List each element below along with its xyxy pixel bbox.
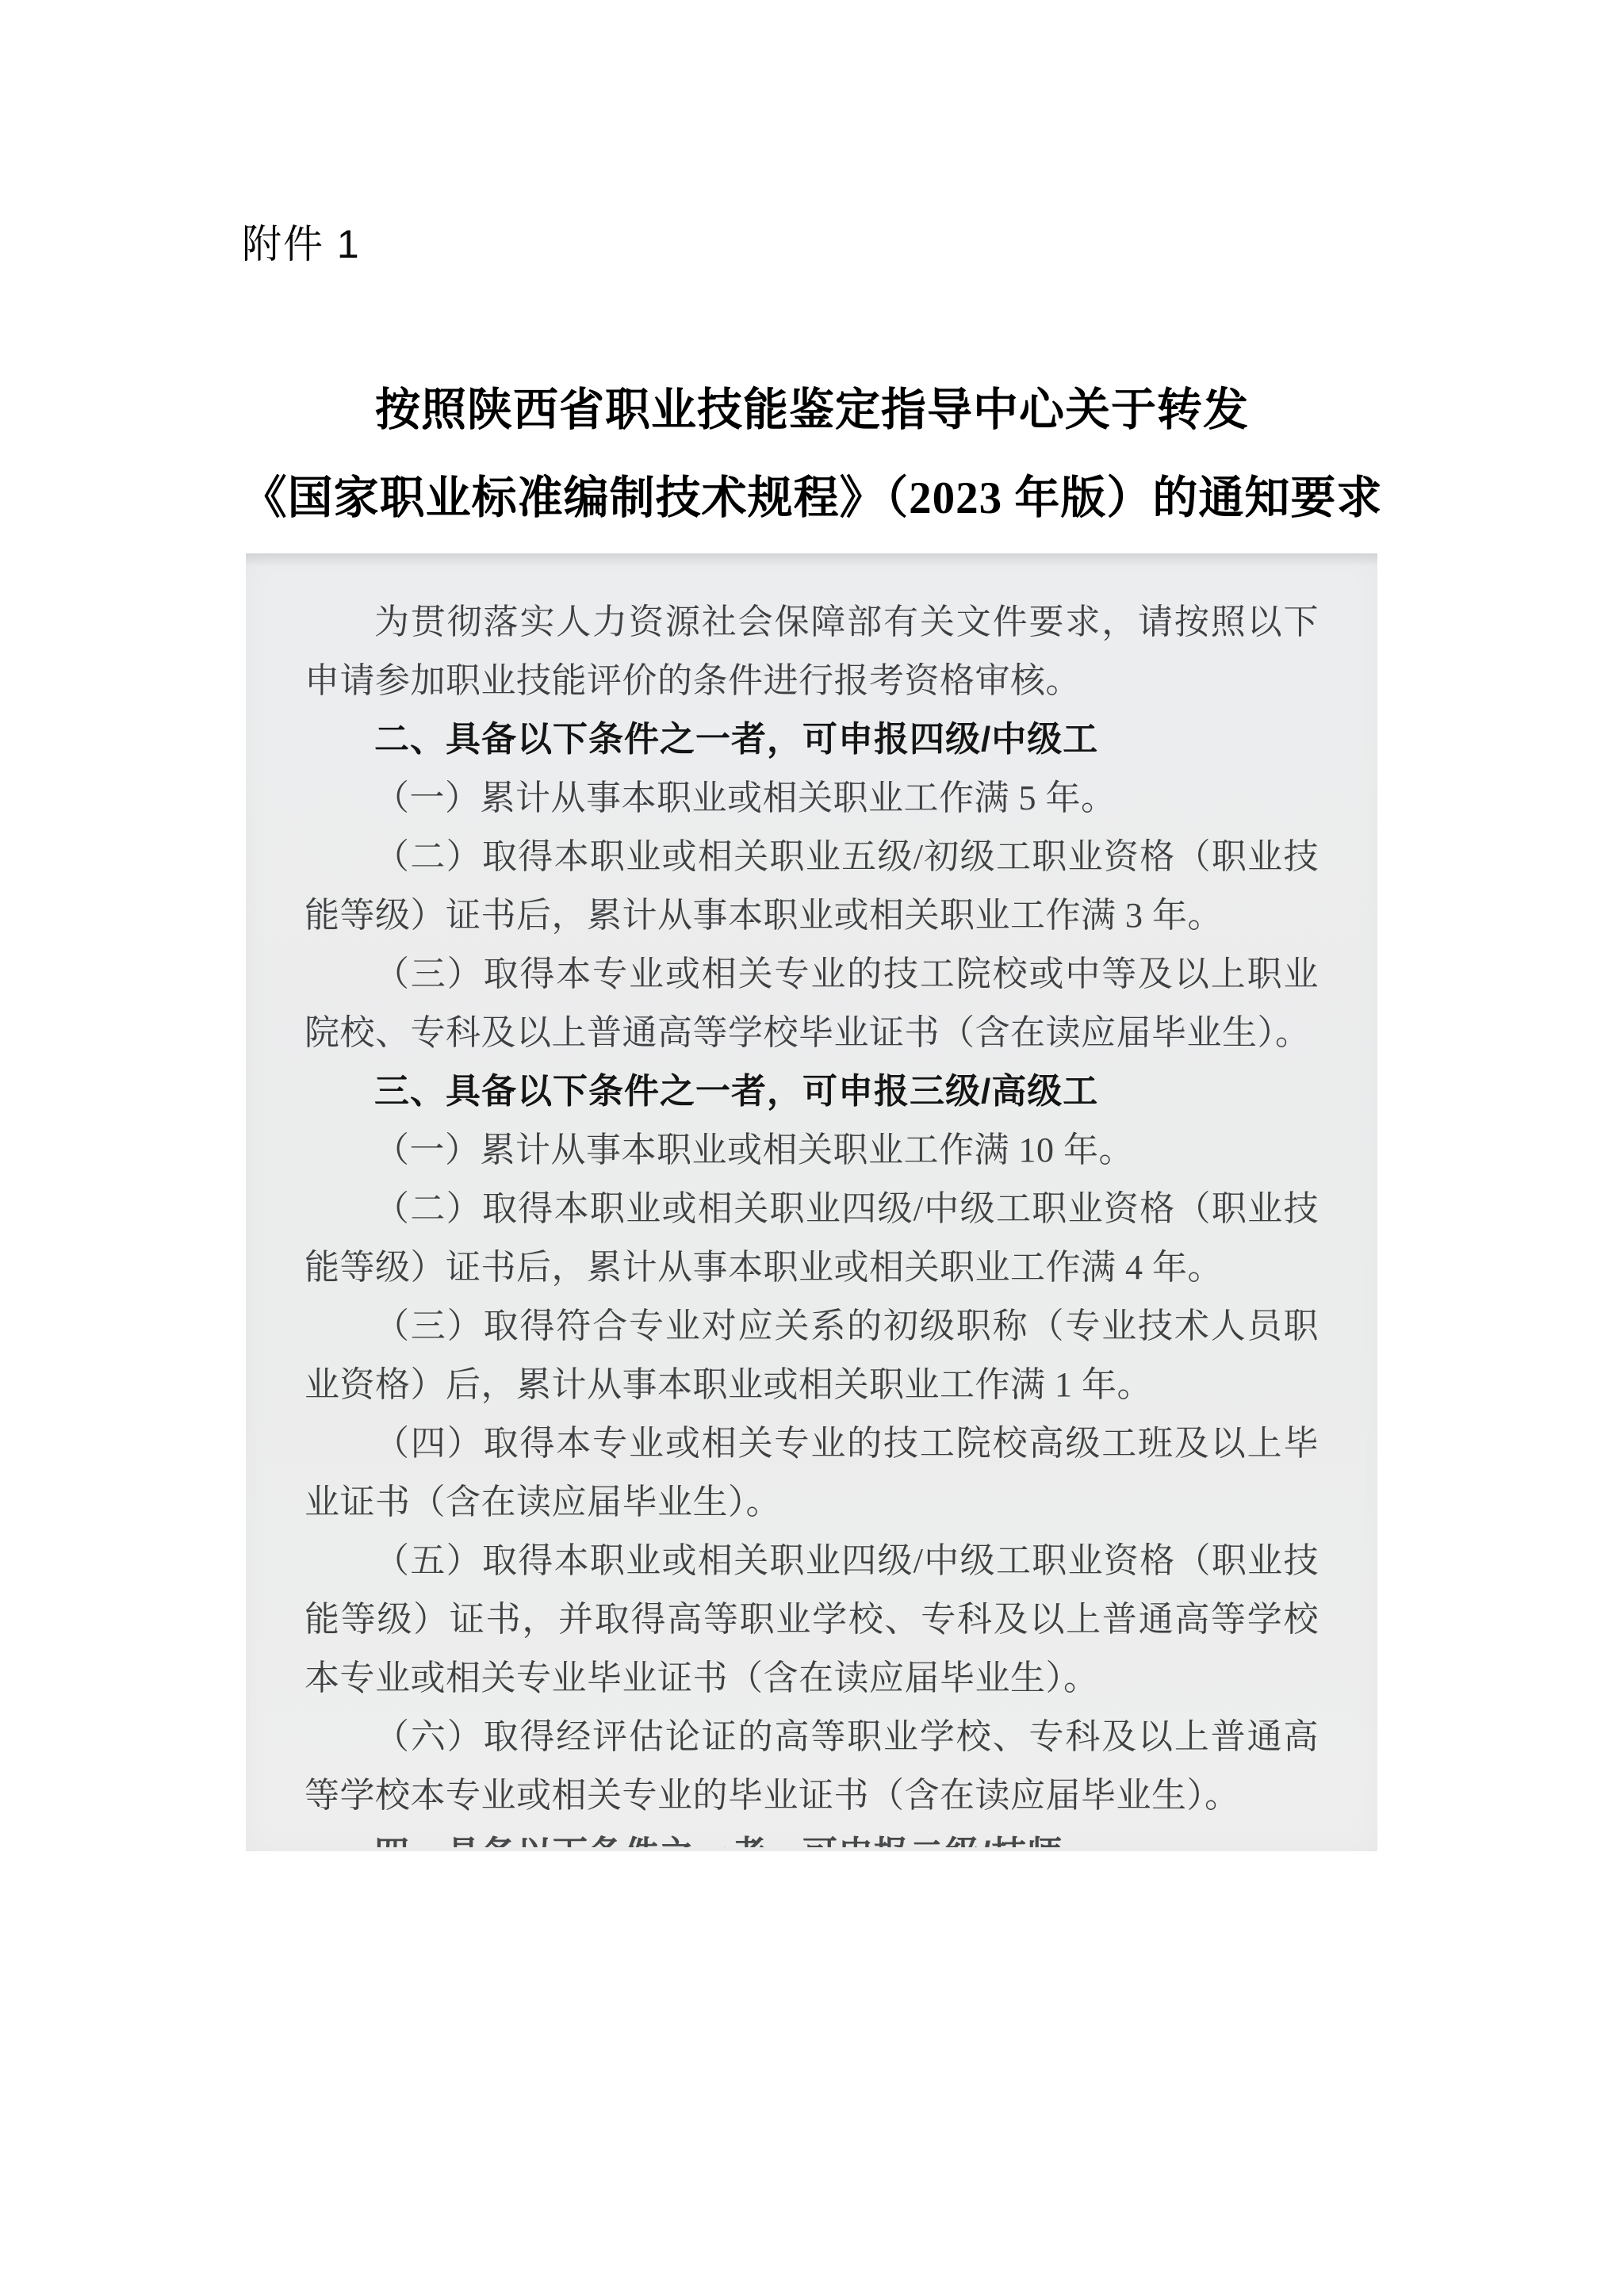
scan-paragraph: （四）取得本专业或相关专业的技工院校高级工班及以上毕业证书（含在读应届毕业生）。 — [304, 1414, 1319, 1532]
scan-paragraph: （一）累计从事本职业或相关职业工作满 10 年。 — [304, 1121, 1319, 1180]
doc-title: 按照陕西省职业技能鉴定指导中心关于转发 《国家职业标准编制技术规程》（2023 … — [0, 366, 1624, 542]
scan-paragraph: （三）取得本专业或相关专业的技工院校或中等及以上职业院校、专科及以上普通高等学校… — [304, 945, 1319, 1062]
scan-paragraph: 为贯彻落实人力资源社会保障部有关文件要求，请按照以下申请参加职业技能评价的条件进… — [304, 593, 1319, 710]
doc-title-line-2: 《国家职业标准编制技术规程》（2023 年版）的通知要求 — [0, 454, 1624, 542]
scan-paragraph: （二）取得本职业或相关职业五级/初级工职业资格（职业技能等级）证书后，累计从事本… — [304, 828, 1319, 945]
scanned-notice-region: 为贯彻落实人力资源社会保障部有关文件要求，请按照以下申请参加职业技能评价的条件进… — [246, 553, 1377, 1851]
scan-section-heading: 三、具备以下条件之一者，可申报三级/高级工 — [304, 1062, 1319, 1121]
scan-paragraph: （一）累计从事本职业或相关职业工作满 5 年。 — [304, 769, 1319, 828]
scan-paragraph: （六）取得经评估论证的高等职业学校、专科及以上普通高等学校本专业或相关专业的毕业… — [304, 1708, 1319, 1825]
scan-paragraph: （三）取得符合专业对应关系的初级职称（专业技术人员职业资格）后，累计从事本职业或… — [304, 1297, 1319, 1414]
scan-paragraph: （五）取得本职业或相关职业四级/中级工职业资格（职业技能等级）证书，并取得高等职… — [304, 1532, 1319, 1708]
doc-title-line-1: 按照陕西省职业技能鉴定指导中心关于转发 — [0, 366, 1624, 454]
document-page: 附件 1 按照陕西省职业技能鉴定指导中心关于转发 《国家职业标准编制技术规程》（… — [0, 0, 1624, 2296]
scan-paragraph: （二）取得本职业或相关职业四级/中级工职业资格（职业技能等级）证书后，累计从事本… — [304, 1180, 1319, 1297]
scan-text: 为贯彻落实人力资源社会保障部有关文件要求，请按照以下申请参加职业技能评价的条件进… — [304, 593, 1319, 1847]
scan-section-heading: 二、具备以下条件之一者，可申报四级/中级工 — [304, 710, 1319, 769]
scan-section-heading: 四、具备以下条件之一者，可申报二级/技师 — [304, 1825, 1319, 1847]
attachment-label: 附件 1 — [242, 212, 361, 270]
